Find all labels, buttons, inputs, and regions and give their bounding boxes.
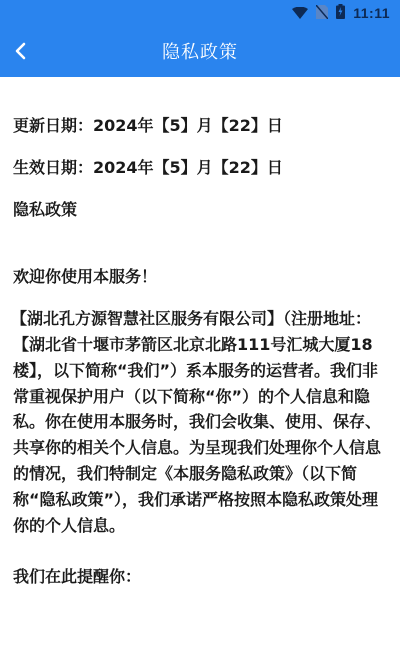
intro-paragraph: 【湖北孔方源智慧社区服务有限公司】（注册地址：【湖北省十堰市茅箭区北京北路111…: [13, 306, 388, 538]
reminder-text: 我们在此提醒你：: [13, 564, 388, 590]
update-date: 更新日期：2024年【5】月【22】日: [13, 113, 388, 139]
no-sim-icon: [316, 4, 328, 23]
title-bar: 隐私政策: [0, 26, 400, 76]
wifi-icon: [292, 4, 308, 23]
page-title: 隐私政策: [162, 38, 238, 64]
status-bar: 11:11: [0, 0, 400, 26]
effective-date: 生效日期：2024年【5】月【22】日: [13, 155, 388, 181]
status-time: 11:11: [353, 5, 390, 21]
chevron-left-icon: [14, 42, 28, 60]
policy-heading: 隐私政策: [13, 197, 388, 223]
back-button[interactable]: [8, 38, 34, 64]
app-bar: 11:11 隐私政策: [0, 0, 400, 77]
battery-charging-icon: [336, 4, 345, 23]
policy-content: 更新日期：2024年【5】月【22】日 生效日期：2024年【5】月【22】日 …: [0, 113, 400, 590]
welcome-text: 欢迎你使用本服务！: [13, 264, 388, 290]
